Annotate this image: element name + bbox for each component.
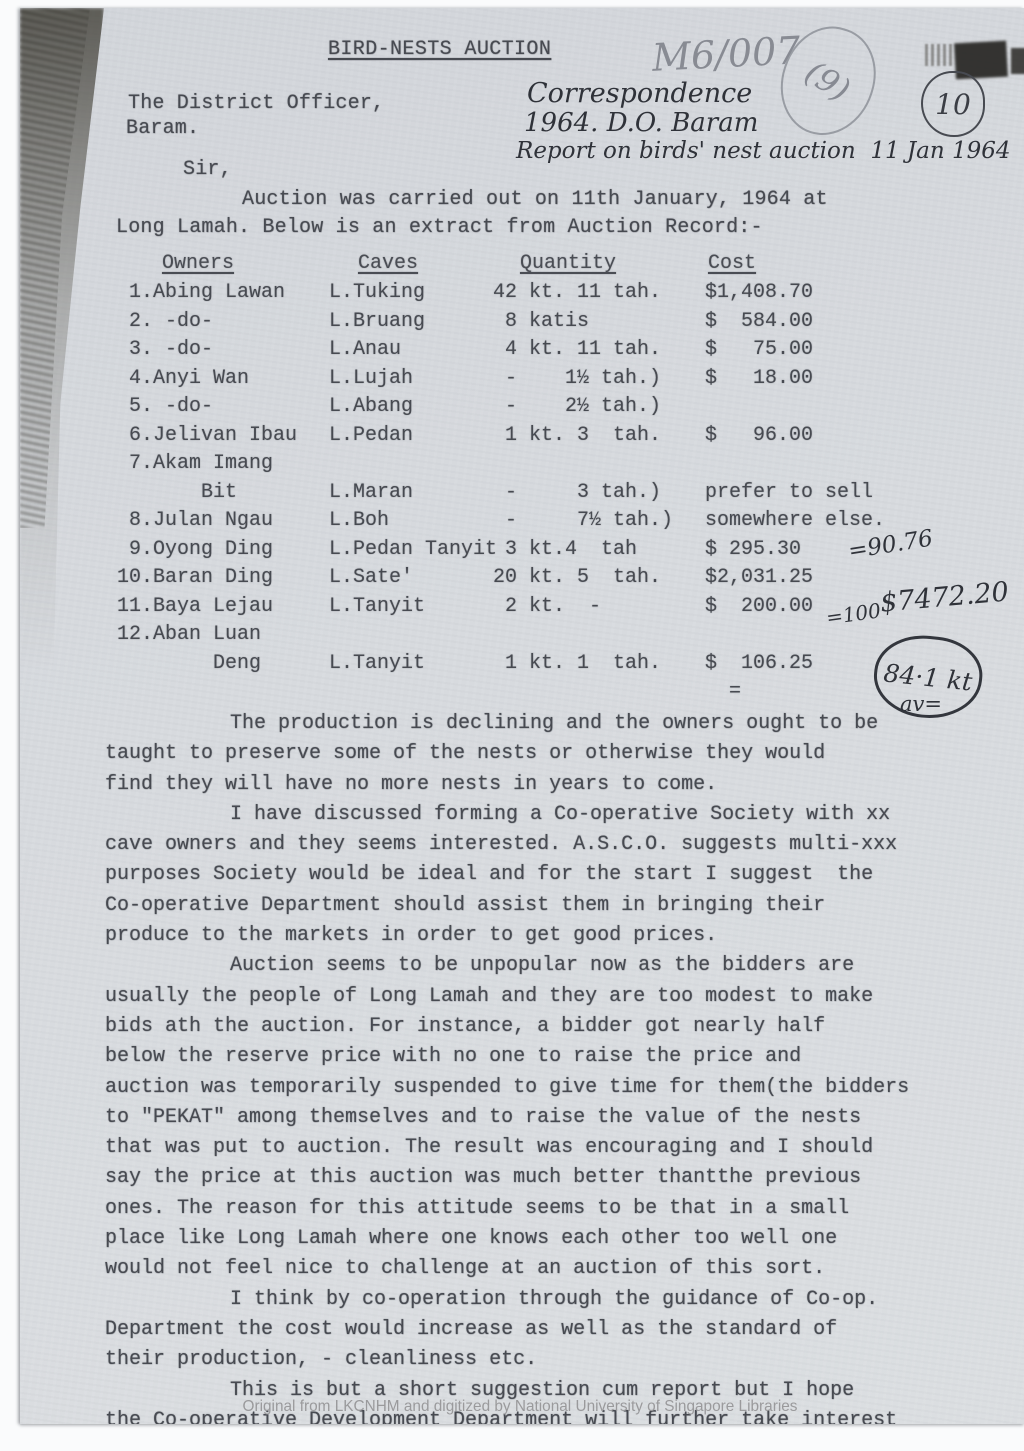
- correspondence-annotation: Correspondence: [527, 78, 752, 109]
- body-line: usually the people of Long Lamah and the…: [105, 982, 1005, 1012]
- report-subject-annotation: Report on birds' nest auction 11 Jan 196…: [516, 138, 1011, 164]
- scan-background: BIRD-NESTS AUCTION The District Officer,…: [0, 0, 1024, 1451]
- document-title: BIRD-NESTS AUCTION: [328, 36, 551, 64]
- body-line: purposes Society would be ideal and for …: [105, 860, 1005, 890]
- body-line: Auction seems to be unpopular now as the…: [105, 951, 1005, 981]
- pencil-page-number: (9): [799, 53, 858, 109]
- scan-corner-smudge: [925, 44, 953, 66]
- table-row: 4.Anyi WanL.Lujah - 1½ tah.)$ 18.00: [105, 367, 1015, 396]
- header-quantity: Quantity: [520, 252, 616, 275]
- table-row: 5. -do-L.Abang - 2½ tah.): [105, 395, 1015, 424]
- body-line: their production, - cleanliness etc.: [105, 1345, 1005, 1375]
- body-line: auction was temporarily suspended to giv…: [105, 1073, 1005, 1103]
- header-owners: Owners: [162, 252, 234, 275]
- body-line: produce to the markets in order to get g…: [105, 921, 1005, 951]
- body-line: I have discussed forming a Co-operative …: [105, 800, 1005, 830]
- table-row: 1.Abing LawanL.Tuking42 kt. 11 tah.$1,40…: [105, 281, 1015, 310]
- body-line: to "PEKAT" among themselves and to raise…: [105, 1103, 1005, 1133]
- recipient-line-2: Baram.: [126, 115, 199, 143]
- auction-record-table: 1.Abing LawanL.Tuking42 kt. 11 tah.$1,40…: [105, 281, 1015, 709]
- intro-line-1: Auction was carried out on 11th January,…: [242, 186, 828, 214]
- body-line: ones. The reason for this attitude seems…: [105, 1194, 1005, 1224]
- table-row: 2. -do-L.Bruang 8 katis$ 584.00: [105, 310, 1015, 339]
- letter-body: The production is declining and the owne…: [105, 709, 1005, 1424]
- body-line: I think by co-operation through the guid…: [105, 1285, 1005, 1315]
- scanned-letter-page: BIRD-NESTS AUCTION The District Officer,…: [20, 8, 1024, 1424]
- table-row: 6.Jelivan IbauL.Pedan 1 kt. 3 tah.$ 96.0…: [105, 424, 1015, 453]
- recipient-line-1: The District Officer,: [128, 90, 384, 118]
- body-line: Co-operative Department should assist th…: [105, 891, 1005, 921]
- table-row: 12.Aban Luan: [105, 623, 1015, 652]
- body-line: The production is declining and the owne…: [105, 709, 1005, 739]
- body-line: place like Long Lamah where one knows ea…: [105, 1224, 1005, 1254]
- body-line: taught to preserve some of the nests or …: [105, 739, 1005, 769]
- body-line: cave owners and they seems interested. A…: [105, 830, 1005, 860]
- library-watermark: Original from LKCNHM and digitized by Na…: [184, 1398, 856, 1416]
- body-line: that was put to auction. The result was …: [105, 1133, 1005, 1163]
- pen-circle-page-number: 10: [921, 71, 985, 137]
- handwritten-total-weight: 84·1 kt: [882, 658, 973, 696]
- salutation: Sir,: [183, 156, 232, 184]
- header-caves: Caves: [358, 252, 418, 275]
- body-line: Department the cost would increase as we…: [105, 1315, 1005, 1345]
- table-row: 7.Akam Imang: [105, 452, 1015, 481]
- body-line: find they will have no more nests in yea…: [105, 770, 1005, 800]
- table-row: BitL.Maran - 3 tah.)prefer to sell: [105, 481, 1015, 510]
- table-row: 3. -do-L.Anau 4 kt. 11 tah.$ 75.00: [105, 338, 1015, 367]
- year-office-annotation: 1964. D.O. Baram: [524, 108, 758, 138]
- body-line: would not feel nice to challenge at an a…: [105, 1254, 1005, 1284]
- pen-page-number: 10: [935, 88, 971, 121]
- body-line: below the reserve price with no one to r…: [105, 1042, 1005, 1072]
- body-line: bids ath the auction. For instance, a bi…: [105, 1012, 1005, 1042]
- scan-corner-mark-small: [1011, 48, 1024, 74]
- file-reference-annotation: M6/007: [651, 28, 802, 80]
- intro-line-2: Long Lamah. Below is an extract from Auc…: [116, 214, 763, 242]
- body-line: say the price at this auction was much b…: [105, 1163, 1005, 1193]
- header-cost: Cost: [708, 252, 756, 275]
